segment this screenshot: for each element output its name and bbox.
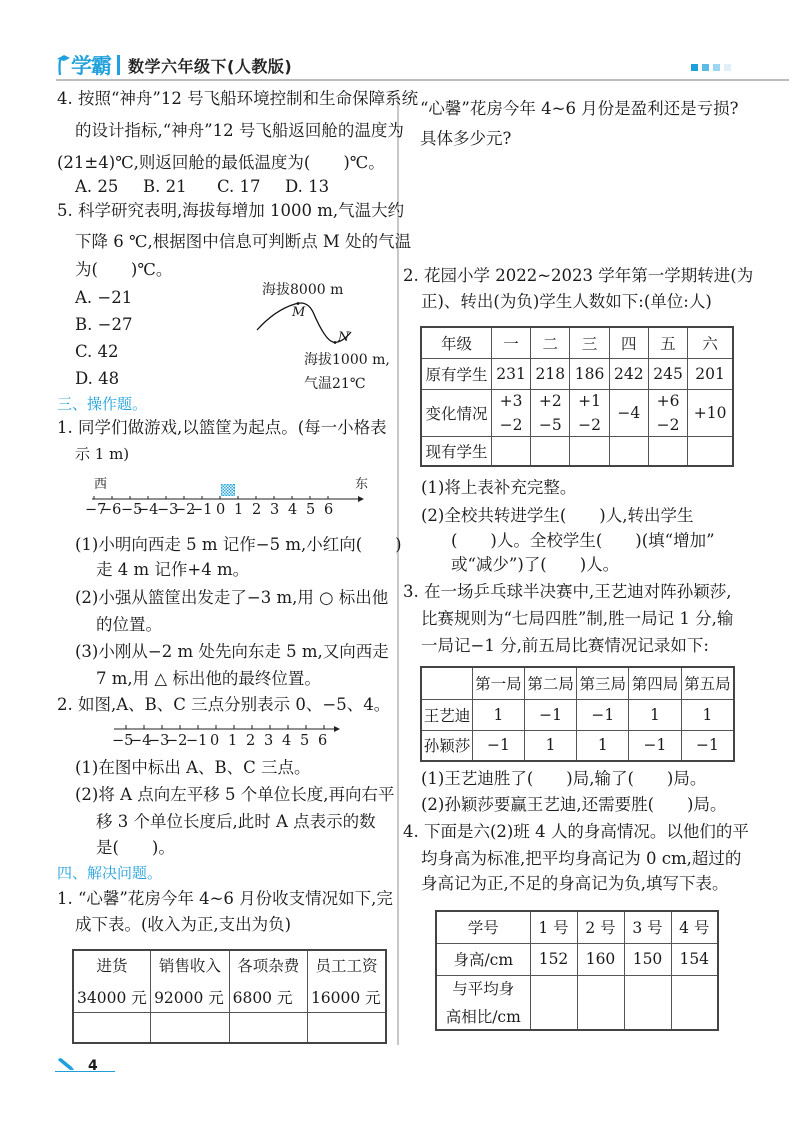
number-line-axis-2 (114, 723, 340, 733)
change-cell: +3−2 (491, 389, 530, 436)
game-header: 第五局 (681, 667, 734, 699)
score-cell: −1 (629, 730, 682, 761)
answer-cell[interactable] (624, 975, 671, 1030)
decorative-squares (691, 64, 731, 71)
game-header: 第二局 (524, 667, 577, 699)
original-cell: 231 (491, 358, 530, 389)
score-cell: −1 (577, 699, 629, 730)
answer-cell[interactable] (609, 436, 648, 466)
graduation-cap-icon (56, 53, 70, 77)
s3q2-sub-2b: 移 3 个单位长度后,此时 A 点表示的数 (96, 814, 376, 831)
cell-sales: 销售收入92000 元 (151, 950, 230, 1012)
change-cell: +10 (688, 389, 733, 436)
point-n-label: N (338, 331, 349, 344)
current-label: 现有学生 (421, 436, 491, 466)
answer-cell[interactable] (577, 975, 624, 1030)
q5-line-1: 5. 科学研究表明,海拔每增加 1000 m,气温大约 (57, 203, 404, 220)
cell-purchase: 进货34000 元 (73, 950, 151, 1012)
cell-salary: 员工工资16000 元 (307, 950, 386, 1012)
student-id-cell: 1 号 (530, 911, 577, 943)
point-m-label: M (292, 306, 305, 319)
s3q1-sub-3b: 7 m,用 △ 标出他的最终位置。 (96, 671, 321, 688)
answer-cell[interactable] (531, 436, 570, 466)
answer-cell[interactable] (570, 436, 609, 466)
game-header: 第三局 (577, 667, 629, 699)
s3q1-line-2: 示 1 m) (75, 447, 129, 462)
q4-option-c: C. 17 (217, 179, 261, 196)
r-q1-cont-line-2: 具体多少元? (420, 131, 511, 148)
original-cell: 201 (688, 358, 733, 389)
grade-cell: 四 (609, 327, 648, 358)
q5-line-2: 下降 6 ℃,根据图中信息可判断点 M 处的气温 (75, 234, 411, 251)
transfer-table: 年级 一 二 三 四 五 六 原有学生 231 218 186 242 245 … (420, 326, 734, 467)
answer-cell[interactable] (530, 975, 577, 1030)
height-cell: 150 (624, 943, 671, 975)
q5-option-d: D. 48 (75, 371, 119, 388)
logo-text: 学霸 (71, 50, 111, 80)
section-4-title: 四、解决问题。 (57, 866, 162, 881)
q4-option-a: A. 25 (75, 179, 118, 196)
player-name: 孙颖莎 (421, 730, 473, 761)
r-q4-line-2: 均身高为标准,把平均身高记为 0 cm,超过的 (421, 851, 741, 868)
answer-cell[interactable] (688, 436, 733, 466)
r-q3-sub-1: (1)王艺迪胜了( )局,输了( )局。 (421, 771, 706, 788)
grade-cell: 五 (648, 327, 687, 358)
q4-option-d: D. 13 (285, 179, 329, 196)
height-cell: 152 (530, 943, 577, 975)
q5-option-b: B. −27 (75, 317, 132, 334)
s3q1-line-1: 1. 同学们做游戏,以篮筐为起点。(每一小格表 (57, 420, 387, 437)
logo-divider (117, 55, 120, 75)
q4-line-1: 4. 按照“神舟”12 号飞船环境控制和生命保障系统 (57, 91, 418, 108)
q5-line-3: 为( )℃。 (75, 262, 172, 279)
book-title: 数学六年级下(人教版) (128, 54, 292, 77)
income-expense-table: 进货34000 元 销售收入92000 元 各项杂费6800 元 员工工资160… (72, 949, 387, 1044)
score-cell: 1 (629, 699, 682, 730)
s4q1-line-2: 成下表。(收入为正,支出为负) (75, 917, 291, 934)
west-label: 西 (94, 478, 107, 491)
r-q3-line-2: 比赛规则为“七局四胜”制,胜一局记 1 分,输 (421, 611, 733, 628)
altitude-bottom-label-2: 气温21℃ (304, 377, 365, 391)
compare-label: 与平均身高相比/cm (436, 975, 530, 1030)
change-cell: −4 (609, 389, 648, 436)
original-cell: 186 (570, 358, 609, 389)
r-q2-sub-2: (2)全校共转进学生( )人,转出学生 (421, 508, 694, 525)
grade-cell: 六 (688, 327, 733, 358)
r-q1-cont-line-1: “心馨”花房今年 4~6 月份是盈利还是亏损? (420, 101, 739, 118)
student-id-cell: 4 号 (671, 911, 718, 943)
s3q1-sub-2b: 的位置。 (96, 617, 162, 634)
score-cell: −1 (681, 730, 734, 761)
east-label: 东 (355, 478, 368, 491)
altitude-bottom-label-1: 海拔1000 m, (304, 353, 390, 367)
change-label: 变化情况 (421, 389, 491, 436)
s4q1-line-1: 1. “心馨”花房今年 4~6 月份收支情况如下,完 (57, 891, 393, 908)
s3q2-sub-2c: 是( )。 (96, 840, 175, 857)
original-label: 原有学生 (421, 358, 491, 389)
original-cell: 245 (648, 358, 687, 389)
q4-line-3: (21±4)℃,则返回舱的最低温度为( )℃。 (57, 155, 385, 172)
r-q2-sub-2c: 或“减少”)了( )人。 (451, 557, 619, 574)
r-q4-line-1: 4. 下面是六(2)班 4 人的身高情况。以他们的平 (403, 824, 749, 841)
altitude-top-label: 海拔8000 m (262, 283, 343, 297)
answer-cell[interactable] (491, 436, 530, 466)
grade-cell: 一 (491, 327, 530, 358)
grade-cell: 三 (570, 327, 609, 358)
s3q1-sub-1: (1)小明向西走 5 m 记作−5 m,小红向( ) (75, 537, 402, 554)
footer-rule (55, 1071, 115, 1072)
page-header: 学霸 数学六年级下(人教版) (56, 52, 732, 82)
r-q2-line-2: 正)、转出(为负)学生人数如下:(单位:人) (421, 294, 712, 311)
r-q2-sub-1: (1)将上表补充完整。 (421, 480, 576, 497)
score-cell: 1 (681, 699, 734, 730)
answer-cell[interactable] (671, 975, 718, 1030)
r-q3-line-1: 3. 在一场乒乓球半决赛中,王艺迪对阵孙颖莎, (403, 584, 731, 601)
student-id-cell: 3 号 (624, 911, 671, 943)
r-q3-sub-2: (2)孙颖莎要赢王艺迪,还需要胜( )局。 (421, 797, 727, 814)
original-cell: 218 (531, 358, 570, 389)
score-cell: 1 (577, 730, 629, 761)
s3q1-sub-2: (2)小强从篮筐出发走了−3 m,用 ○ 标出他 (75, 590, 388, 607)
q5-option-c: C. 42 (75, 344, 119, 361)
height-cell: 160 (577, 943, 624, 975)
q5-option-a: A. −21 (75, 290, 132, 307)
answer-cell[interactable] (648, 436, 687, 466)
change-cell: +6−2 (648, 389, 687, 436)
r-q2-sub-2b: ( )人。全校学生( )(填“增加” (451, 533, 715, 550)
brand-logo: 学霸 数学六年级下(人教版) (56, 52, 292, 78)
r-q4-line-3: 身高记为正,不足的身高记为负,填写下表。 (421, 876, 729, 893)
grade-header: 年级 (421, 327, 491, 358)
s3q1-sub-3: (3)小刚从−2 m 处先向东走 5 m,又向西走 (75, 644, 389, 661)
match-score-table: 第一局 第二局 第三局 第四局 第五局 王艺迪 1 −1 −1 1 1 孙颖莎 … (420, 666, 735, 762)
section-3-title: 三、操作题。 (57, 397, 147, 412)
s3q1-sub-1b: 走 4 m 记作+4 m。 (96, 562, 249, 579)
s3q2-sub-1: (1)在图中标出 A、B、C 三点。 (75, 760, 311, 777)
game-header: 第四局 (629, 667, 682, 699)
height-cell: 154 (671, 943, 718, 975)
student-id-header: 学号 (436, 911, 530, 943)
s3q2-sub-2: (2)将 A 点向左平移 5 个单位长度,再向右平 (75, 787, 395, 804)
grade-cell: 二 (531, 327, 570, 358)
q4-line-2: 的设计指标,“神舟”12 号飞船返回舱的温度为 (75, 123, 404, 140)
change-cell: +2−5 (531, 389, 570, 436)
q4-option-b: B. 21 (143, 179, 187, 196)
answer-cell[interactable] (307, 1012, 386, 1043)
student-id-cell: 2 号 (577, 911, 624, 943)
score-cell: −1 (473, 730, 525, 761)
height-table: 学号 1 号 2 号 3 号 4 号 身高/cm 152 160 150 154… (435, 910, 719, 1031)
corner-cell (421, 667, 473, 699)
header-rule (56, 79, 789, 81)
answer-cell[interactable] (151, 1012, 230, 1043)
answer-cell[interactable] (229, 1012, 307, 1043)
score-cell: −1 (524, 699, 577, 730)
score-cell: 1 (473, 699, 525, 730)
original-cell: 242 (609, 358, 648, 389)
player-name: 王艺迪 (421, 699, 473, 730)
height-label: 身高/cm (436, 943, 530, 975)
game-header: 第一局 (473, 667, 525, 699)
r-q3-line-3: 一局记−1 分,前五局比赛情况记录如下: (421, 638, 709, 655)
r-q2-line-1: 2. 花园小学 2022~2023 学年第一学期转进(为 (403, 268, 753, 285)
s3q2-line: 2. 如图,A、B、C 三点分别表示 0、−5、4。 (57, 697, 390, 714)
change-cell: +1−2 (570, 389, 609, 436)
cell-misc: 各项杂费6800 元 (229, 950, 307, 1012)
score-cell: 1 (524, 730, 577, 761)
pencil-icon (56, 1057, 76, 1071)
answer-cell[interactable] (73, 1012, 151, 1043)
